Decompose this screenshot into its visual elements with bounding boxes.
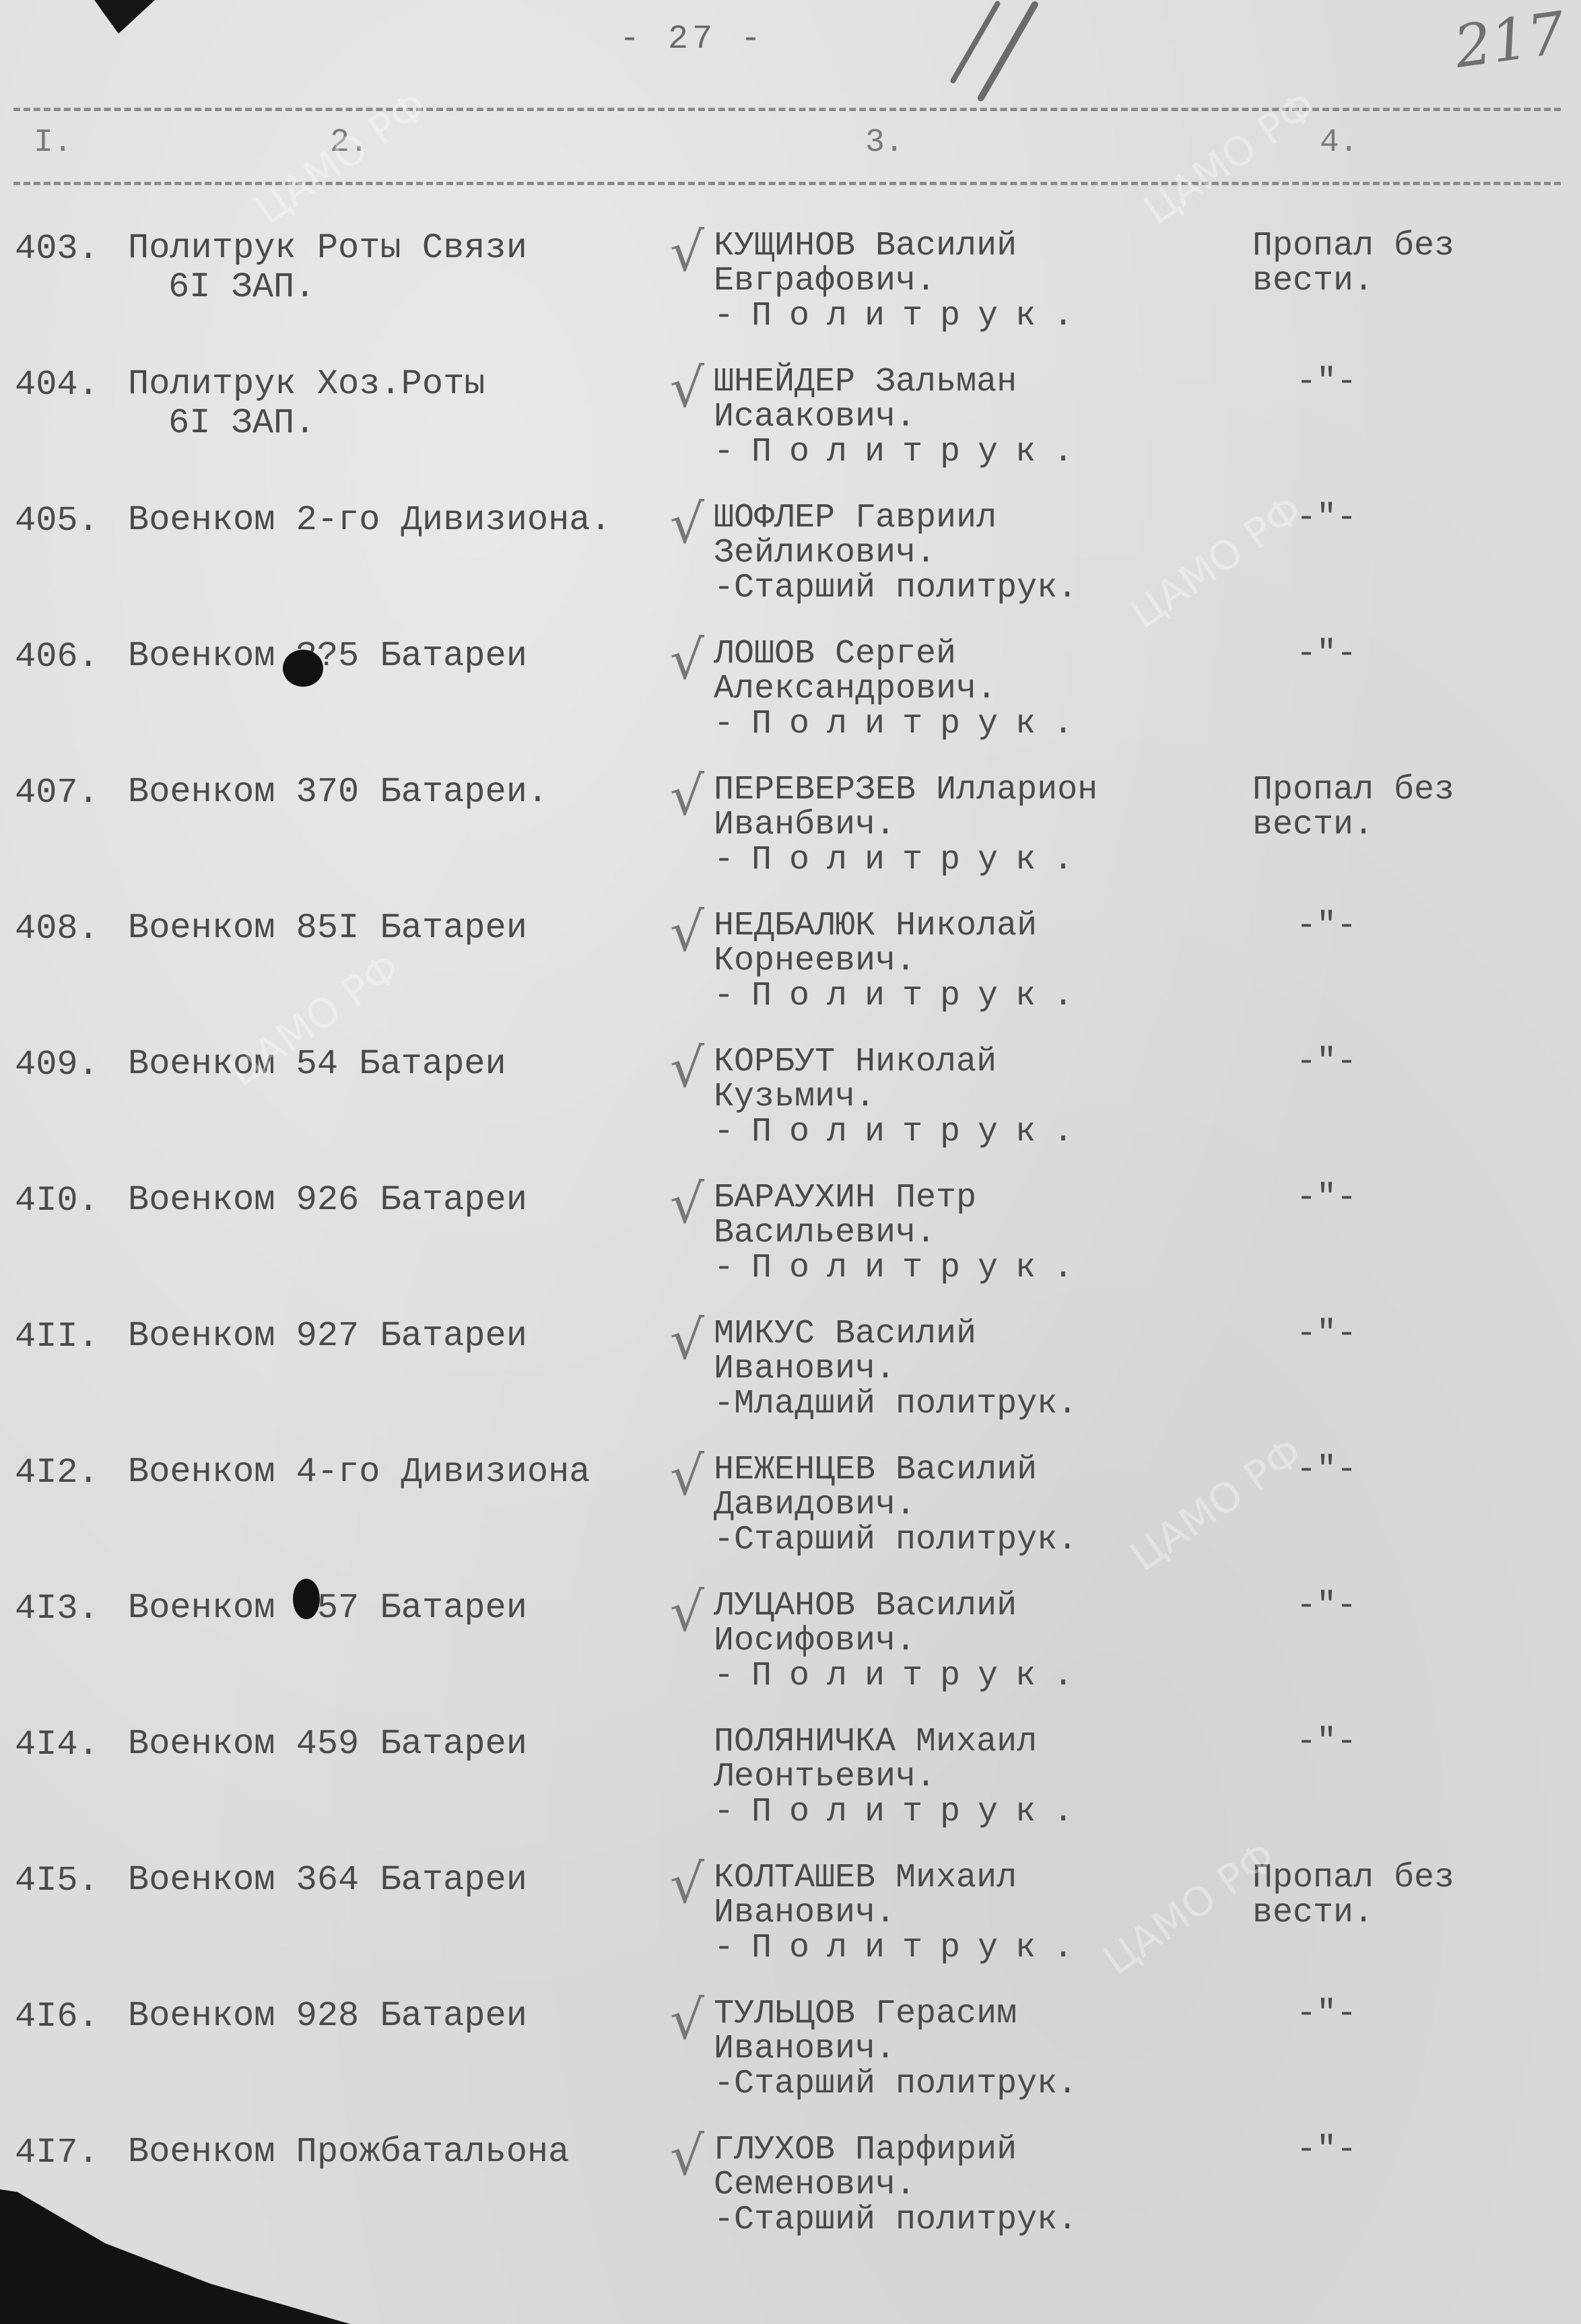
person-details: ПОЛЯНИЧКА МихаилЛеонтьевич.-Политрук. bbox=[714, 1725, 1091, 1830]
person-patronymic: Евграфович. bbox=[714, 264, 1091, 299]
status-note: -"- bbox=[1296, 1589, 1357, 1624]
unit-line: Военком 927 Батареи bbox=[128, 1316, 527, 1356]
status-line: -"- bbox=[1296, 1589, 1357, 1624]
ink-blot bbox=[283, 650, 323, 687]
person-name: ШОФЛЕР Гавриил bbox=[714, 501, 1077, 536]
entry-number: 408. bbox=[15, 909, 99, 949]
watermark: ЦАМО РФ bbox=[246, 82, 436, 234]
checkmark-icon: √ bbox=[670, 1309, 704, 1371]
status-note: -"- bbox=[1296, 1181, 1357, 1216]
status-line: Пропал без bbox=[1252, 229, 1454, 264]
watermark: ЦАМО РФ bbox=[1135, 82, 1324, 234]
unit-position: Военком 85I Батареи bbox=[128, 909, 527, 948]
column-header-3: 3. bbox=[865, 125, 904, 161]
person-rank: -Политрук. bbox=[714, 1115, 1091, 1150]
person-patronymic: Корнеевич. bbox=[714, 944, 1091, 979]
status-line: -"- bbox=[1296, 909, 1357, 944]
unit-position: Военком 928 Батареи bbox=[128, 1997, 527, 2036]
unit-position: Военком 4-го Дивизиона bbox=[128, 1453, 591, 1492]
status-note: Пропал безвести. bbox=[1252, 773, 1454, 843]
status-line: -"- bbox=[1296, 1181, 1357, 1216]
entry-number: 4I2. bbox=[15, 1453, 99, 1493]
entry-number: 406. bbox=[15, 637, 99, 677]
scan-edge-shadow bbox=[94, 0, 155, 34]
unit-position: Военком 357 Батареи bbox=[128, 1589, 527, 1628]
status-line: -"- bbox=[1296, 1725, 1357, 1760]
checkmark-icon: √ bbox=[670, 629, 704, 691]
person-details: КУЩИНОВ ВасилийЕвграфович.-Политрук. bbox=[714, 229, 1091, 334]
status-line: Пропал без bbox=[1252, 1861, 1454, 1896]
unit-line: Военком 85I Батареи bbox=[128, 908, 527, 948]
person-patronymic: Семенович. bbox=[714, 2168, 1077, 2203]
status-note: -"- bbox=[1296, 1045, 1357, 1080]
unit-line: Военком ??5 Батареи bbox=[128, 636, 527, 676]
person-patronymic: Иванбвич. bbox=[714, 808, 1098, 843]
status-line: -"- bbox=[1296, 365, 1357, 400]
person-name: БАРАУХИН Петр bbox=[714, 1181, 1091, 1216]
list-item: 4I6.Военком 928 Батареи√ТУЛЬЦОВ ГерасимИ… bbox=[0, 1997, 1581, 2131]
person-rank: -Политрук. bbox=[714, 435, 1091, 470]
person-patronymic: Иванович. bbox=[714, 2032, 1077, 2067]
list-item: 4I5.Военком 364 Батареи√КОЛТАШЕВ МихаилИ… bbox=[0, 1861, 1581, 1995]
person-rank: -Политрук. bbox=[714, 843, 1098, 878]
list-item: 405.Военком 2-го Дивизиона.√ШОФЛЕР Гаври… bbox=[0, 501, 1581, 636]
column-header-1: I. bbox=[34, 125, 73, 161]
status-note: -"- bbox=[1296, 637, 1357, 672]
unit-position: Военком 459 Батареи bbox=[128, 1725, 527, 1764]
person-details: НЕЖЕНЦЕВ ВасилийДавидович.-Старший полит… bbox=[714, 1453, 1077, 1558]
entry-number: 407. bbox=[15, 773, 99, 813]
unit-line: Военком 4-го Дивизиона bbox=[128, 1452, 591, 1492]
entry-number: 4I7. bbox=[15, 2133, 99, 2173]
person-rank: -Политрук. bbox=[714, 1795, 1091, 1830]
list-item: 4I2.Военком 4-го Дивизиона√НЕЖЕНЦЕВ Васи… bbox=[0, 1453, 1581, 1587]
unit-position: Военком 927 Батареи bbox=[128, 1317, 527, 1356]
person-details: ТУЛЬЦОВ ГерасимИванович.-Старший политру… bbox=[714, 1997, 1077, 2102]
person-rank: -Младший политрук. bbox=[714, 1387, 1077, 1422]
person-details: ШОФЛЕР ГавриилЗейликович.-Старший политр… bbox=[714, 501, 1077, 606]
person-rank: -Политрук. bbox=[714, 1251, 1091, 1286]
unit-line: Военком 54 Батареи bbox=[128, 1044, 506, 1084]
status-note: -"- bbox=[1296, 909, 1357, 944]
person-details: КОРБУТ НиколайКузьмич.-Политрук. bbox=[714, 1045, 1091, 1150]
checkmark-icon: √ bbox=[670, 1037, 704, 1099]
unit-line: Военком 357 Батареи bbox=[128, 1588, 527, 1628]
checkmark-icon: √ bbox=[670, 221, 704, 283]
person-patronymic: Зейликович. bbox=[714, 536, 1077, 571]
ink-blot bbox=[293, 1579, 320, 1619]
header-rule-bottom bbox=[13, 182, 1561, 185]
status-line: -"- bbox=[1296, 2133, 1357, 2168]
status-note: Пропал безвести. bbox=[1252, 229, 1454, 299]
unit-position: Военком 2-го Дивизиона. bbox=[128, 501, 611, 540]
person-details: ЛОШОВ СергейАлександрович.-Политрук. bbox=[714, 637, 1091, 742]
person-rank: -Политрук. bbox=[714, 1931, 1091, 1966]
list-item: 407.Военком 370 Батареи.√ПЕРЕВЕРЗЕВ Илла… bbox=[0, 773, 1581, 908]
person-rank: -Старший политрук. bbox=[714, 2067, 1077, 2102]
entry-number: 4I0. bbox=[15, 1181, 99, 1221]
entry-number: 4I6. bbox=[15, 1997, 99, 2037]
status-line: Пропал без bbox=[1252, 773, 1454, 808]
entry-number: 403. bbox=[15, 229, 99, 269]
status-line: -"- bbox=[1296, 1045, 1357, 1080]
person-name: МИКУС Василий bbox=[714, 1317, 1077, 1352]
person-rank: -Политрук. bbox=[714, 299, 1091, 334]
unit-position: Военком ??5 Батареи bbox=[128, 637, 527, 676]
person-details: НЕДБАЛЮК НиколайКорнеевич.-Политрук. bbox=[714, 909, 1091, 1014]
person-name: ГЛУХОВ Парфирий bbox=[714, 2133, 1077, 2168]
unit-position: Военком Прожбатальона bbox=[128, 2133, 569, 2172]
person-details: МИКУС ВасилийИванович.-Младший политрук. bbox=[714, 1317, 1077, 1422]
person-patronymic: Иванович. bbox=[714, 1896, 1091, 1931]
person-patronymic: Кузьмич. bbox=[714, 1080, 1091, 1115]
checkmark-icon: √ bbox=[670, 1581, 704, 1643]
person-rank: -Политрук. bbox=[714, 979, 1091, 1014]
page-number: - 27 - bbox=[619, 20, 765, 59]
list-item: 4I3.Военком 357 Батареи√ЛУЦАНОВ ВасилийИ… bbox=[0, 1589, 1581, 1723]
entry-number: 4I5. bbox=[15, 1861, 99, 1901]
unit-position: Военком 926 Батареи bbox=[128, 1181, 527, 1220]
person-rank: -Политрук. bbox=[714, 707, 1091, 742]
person-details: БАРАУХИН ПетрВасильевич.-Политрук. bbox=[714, 1181, 1091, 1286]
person-rank: -Старший политрук. bbox=[714, 1523, 1077, 1558]
list-item: 403.Политрук Роты Связи6I ЗАП.√КУЩИНОВ В… bbox=[0, 229, 1581, 364]
archive-folio-number: 217 bbox=[1450, 0, 1569, 81]
status-line: вести. bbox=[1252, 264, 1454, 299]
unit-position: Военком 54 Батареи bbox=[128, 1045, 506, 1084]
person-name: ШНЕЙДЕР Зальман bbox=[714, 365, 1091, 400]
list-item: 4I0.Военком 926 Батареи√БАРАУХИН ПетрВас… bbox=[0, 1181, 1581, 1315]
column-header-4: 4. bbox=[1320, 125, 1359, 161]
checkmark-icon: √ bbox=[670, 1445, 704, 1507]
person-name: НЕДБАЛЮК Николай bbox=[714, 909, 1091, 944]
unit-line: Военком 370 Батареи. bbox=[128, 772, 548, 812]
status-line: вести. bbox=[1252, 1896, 1454, 1931]
person-name: ЛОШОВ Сергей bbox=[714, 637, 1091, 672]
person-name: ПОЛЯНИЧКА Михаил bbox=[714, 1725, 1091, 1760]
person-name: КОРБУТ Николай bbox=[714, 1045, 1091, 1080]
unit-line: Военком 364 Батареи bbox=[128, 1860, 527, 1900]
person-rank: -Старший политрук. bbox=[714, 2203, 1077, 2238]
unit-line: Военком 926 Батареи bbox=[128, 1180, 527, 1220]
unit-line: Военком 2-го Дивизиона. bbox=[128, 500, 611, 540]
person-patronymic: Давидович. bbox=[714, 1488, 1077, 1523]
entry-number: 405. bbox=[15, 501, 99, 541]
unit-position: Военком 364 Батареи bbox=[128, 1861, 527, 1900]
status-line: -"- bbox=[1296, 1997, 1357, 2032]
checkmark-icon: √ bbox=[670, 2125, 704, 2187]
status-line: вести. bbox=[1252, 808, 1454, 843]
person-name: КОЛТАШЕВ Михаил bbox=[714, 1861, 1091, 1896]
person-details: ШНЕЙДЕР ЗальманИсаакович.-Политрук. bbox=[714, 365, 1091, 470]
checkmark-icon: √ bbox=[670, 357, 704, 419]
unit-position: Военком 370 Батареи. bbox=[128, 773, 548, 812]
person-details: ЛУЦАНОВ ВасилийИосифович.-Политрук. bbox=[714, 1589, 1091, 1694]
pen-stroke bbox=[976, 0, 1040, 102]
unit-line: Политрук Хоз.Роты bbox=[128, 364, 485, 404]
person-patronymic: Иосифович. bbox=[714, 1624, 1091, 1659]
unit-line: Политрук Роты Связи bbox=[128, 228, 527, 268]
list-item: 4I7.Военком Прожбатальона√ГЛУХОВ Парфири… bbox=[0, 2133, 1581, 2267]
person-name: НЕЖЕНЦЕВ Василий bbox=[714, 1453, 1077, 1488]
person-rank: -Старший политрук. bbox=[714, 571, 1077, 606]
person-name: ЛУЦАНОВ Василий bbox=[714, 1589, 1091, 1624]
person-patronymic: Иванович. bbox=[714, 1352, 1077, 1387]
person-name: ПЕРЕВЕРЗЕВ Илларион bbox=[714, 773, 1098, 808]
status-note: -"- bbox=[1296, 1997, 1357, 2032]
entry-number: 4I4. bbox=[15, 1725, 99, 1765]
status-note: -"- bbox=[1296, 1725, 1357, 1760]
person-details: КОЛТАШЕВ МихаилИванович.-Политрук. bbox=[714, 1861, 1091, 1966]
list-item: 4II.Военком 927 Батареи√МИКУС ВасилийИва… bbox=[0, 1317, 1581, 1451]
list-item: 4I4.Военком 459 БатареиПОЛЯНИЧКА МихаилЛ… bbox=[0, 1725, 1581, 1859]
checkmark-icon: √ bbox=[670, 1989, 704, 2051]
person-name: ТУЛЬЦОВ Герасим bbox=[714, 1997, 1077, 2032]
person-name: КУЩИНОВ Василий bbox=[714, 229, 1091, 264]
status-note: -"- bbox=[1296, 365, 1357, 400]
checkmark-icon: √ bbox=[670, 1173, 704, 1235]
checkmark-icon: √ bbox=[670, 901, 704, 963]
unit-position: Политрук Хоз.Роты6I ЗАП. bbox=[128, 365, 485, 443]
entry-number: 409. bbox=[15, 1045, 99, 1085]
status-line: -"- bbox=[1296, 1317, 1357, 1352]
header-rule-top bbox=[13, 108, 1561, 111]
status-note: -"- bbox=[1296, 1317, 1357, 1352]
status-note: -"- bbox=[1296, 2133, 1357, 2168]
person-details: ПЕРЕВЕРЗЕВ ИлларионИванбвич.-Политрук. bbox=[714, 773, 1098, 878]
unit-line: 6I ЗАП. bbox=[128, 268, 527, 307]
status-line: -"- bbox=[1296, 637, 1357, 672]
list-item: 404.Политрук Хоз.Роты6I ЗАП.√ШНЕЙДЕР Зал… bbox=[0, 365, 1581, 500]
entry-number: 4II. bbox=[15, 1317, 99, 1357]
entry-number: 404. bbox=[15, 365, 99, 405]
person-patronymic: Васильевич. bbox=[714, 1216, 1091, 1251]
entry-number: 4I3. bbox=[15, 1589, 99, 1629]
person-patronymic: Леонтьевич. bbox=[714, 1760, 1091, 1795]
list-item: 406.Военком ??5 Батареи√ЛОШОВ СергейАлек… bbox=[0, 637, 1581, 772]
person-details: ГЛУХОВ ПарфирийСеменович.-Старший политр… bbox=[714, 2133, 1077, 2238]
unit-line: Военком Прожбатальона bbox=[128, 2132, 569, 2172]
unit-position: Политрук Роты Связи6I ЗАП. bbox=[128, 229, 527, 307]
unit-line: Военком 459 Батареи bbox=[128, 1724, 527, 1764]
unit-line: 6I ЗАП. bbox=[128, 404, 485, 443]
unit-line: Военком 928 Батареи bbox=[128, 1996, 527, 2036]
list-item: 408.Военком 85I Батареи√НЕДБАЛЮК Николай… bbox=[0, 909, 1581, 1044]
checkmark-icon: √ bbox=[670, 1853, 704, 1915]
checkmark-icon: √ bbox=[670, 493, 704, 555]
person-patronymic: Исаакович. bbox=[714, 400, 1091, 435]
person-patronymic: Александрович. bbox=[714, 672, 1091, 707]
checkmark-icon: √ bbox=[670, 765, 704, 827]
person-rank: -Политрук. bbox=[714, 1659, 1091, 1694]
